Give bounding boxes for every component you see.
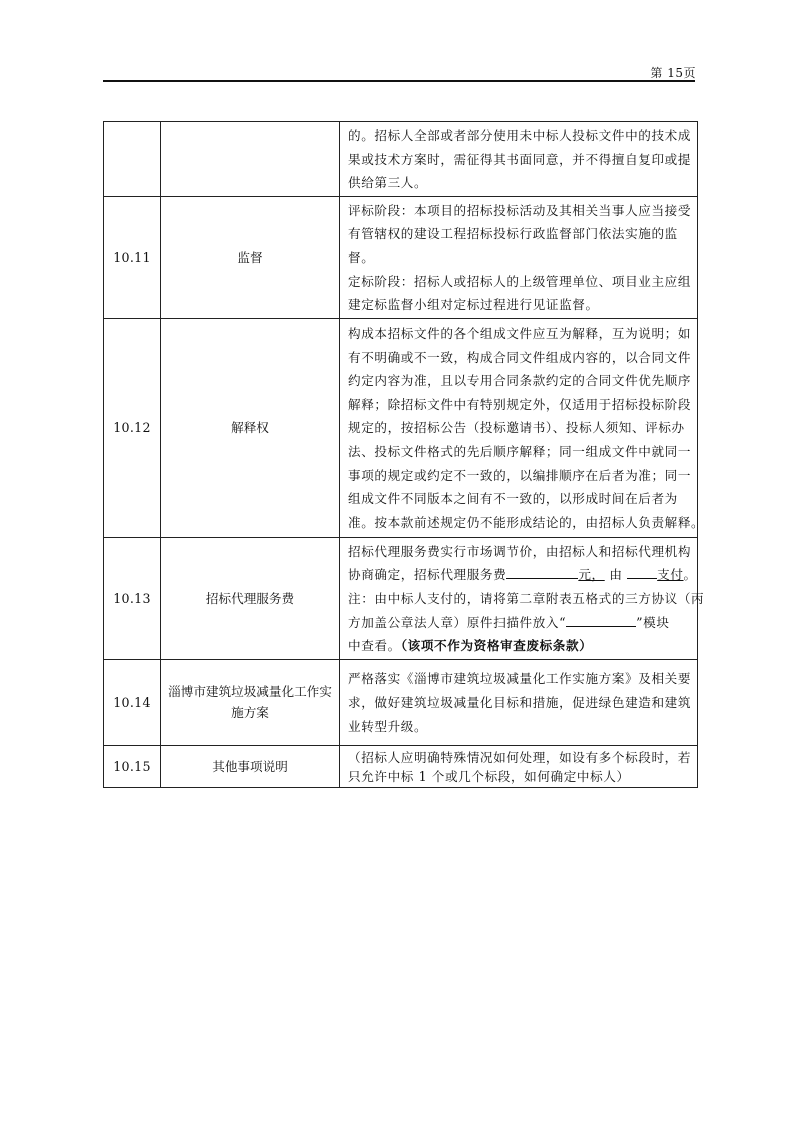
content-line: 果或技术方案时，需征得其书面同意，并不得擅自复印或提	[348, 148, 691, 172]
content-line: 严格落实《淄博市建筑垃圾减量化工作实施方案》及相关要	[348, 667, 691, 691]
table-row: 10.15 其他事项说明 （招标人应明确特殊情况如何处理，如设有多个标段时，若 …	[104, 745, 698, 787]
content-line: 法、投标文件格式的先后顺序解释；同一组成文件中就同一	[348, 440, 691, 464]
upload-text: 方加盖公章法人章）原件扫描件放入“	[348, 615, 566, 630]
note-bold: （该项不作为资格审查废标条款）	[401, 638, 593, 653]
clause-number	[104, 122, 161, 197]
table-row: 的。招标人全部或者部分使用未中标人投标文件中的技术成 果或技术方案时，需征得其书…	[104, 122, 698, 197]
clause-content: 的。招标人全部或者部分使用未中标人投标文件中的技术成 果或技术方案时，需征得其书…	[340, 122, 698, 197]
clause-number: 10.13	[104, 537, 161, 659]
clause-item: 解释权	[161, 318, 340, 537]
table-row: 10.14 淄博市建筑垃圾减量化工作实施方案 严格落实《淄博市建筑垃圾减量化工作…	[104, 659, 698, 745]
period: 。	[684, 567, 697, 582]
view-text: 中查看。	[348, 638, 401, 653]
module-name-blank[interactable]	[566, 612, 636, 627]
content-line: 建定标监督小组对定标过程进行见证监督。	[348, 293, 691, 317]
content-line: 只允许中标 1 个或几个标段，如何确定中标人）	[348, 767, 691, 786]
clause-item	[161, 122, 340, 197]
clause-number: 10.12	[104, 318, 161, 537]
content-line: 有管辖权的建设工程招标投标行政监督部门依法实施的监	[348, 222, 691, 246]
content-line: 督。	[348, 246, 691, 270]
clause-content: （招标人应明确特殊情况如何处理，如设有多个标段时，若 只允许中标 1 个或几个标…	[340, 745, 698, 787]
clause-content: 招标代理服务费实行市场调节价，由招标人和招标代理机构 协商确定，招标代理服务费元…	[340, 537, 698, 659]
fee-unit: 元，	[578, 567, 604, 582]
content-line: 组成文件不同版本之间有不一致的，以形成时间在后者为	[348, 487, 691, 511]
table-row: 10.11 监督 评标阶段：本项目的招标投标活动及其相关当事人应当接受 有管辖权…	[104, 196, 698, 318]
fee-amount-blank[interactable]	[506, 564, 578, 579]
clause-item: 监督	[161, 196, 340, 318]
content-line: 规定的，按招标公告（投标邀请书）、投标人须知、评标办	[348, 416, 691, 440]
clause-content: 构成本招标文件的各个组成文件应互为解释，互为说明；如 有不明确或不一致，构成合同…	[340, 318, 698, 537]
content-line: 方加盖公章法人章）原件扫描件放入“”模块	[348, 611, 691, 635]
content-line: 招标代理服务费实行市场调节价，由招标人和招标代理机构	[348, 540, 691, 564]
pay-label: 支付	[657, 567, 683, 582]
content-line: （招标人应明确特殊情况如何处理，如设有多个标段时，若	[348, 748, 691, 767]
payer-blank[interactable]	[627, 564, 657, 579]
clause-table: 的。招标人全部或者部分使用未中标人投标文件中的技术成 果或技术方案时，需征得其书…	[103, 121, 698, 788]
content-line: 评标阶段：本项目的招标投标活动及其相关当事人应当接受	[348, 199, 691, 223]
clause-item: 淄博市建筑垃圾减量化工作实施方案	[161, 659, 340, 745]
page-number: 第 15页	[650, 64, 696, 81]
content-line: 约定内容为准，且以专用合同条款约定的合同文件优先顺序	[348, 369, 691, 393]
content-line: 中查看。（该项不作为资格审查废标条款）	[348, 634, 691, 658]
clause-item: 其他事项说明	[161, 745, 340, 787]
clause-content: 评标阶段：本项目的招标投标活动及其相关当事人应当接受 有管辖权的建设工程招标投标…	[340, 196, 698, 318]
module-text: ”模块	[636, 615, 669, 630]
clause-item: 招标代理服务费	[161, 537, 340, 659]
content-line: 事项的规定或约定不一致的，以编排顺序在后者为准；同一	[348, 464, 691, 488]
content-line: 供给第三人。	[348, 171, 691, 195]
content-line: 构成本招标文件的各个组成文件应互为解释，互为说明；如	[348, 322, 691, 346]
content-line: 的。招标人全部或者部分使用未中标人投标文件中的技术成	[348, 124, 691, 148]
table-row: 10.12 解释权 构成本招标文件的各个组成文件应互为解释，互为说明；如 有不明…	[104, 318, 698, 537]
table-row: 10.13 招标代理服务费 招标代理服务费实行市场调节价，由招标人和招标代理机构…	[104, 537, 698, 659]
clause-number: 10.11	[104, 196, 161, 318]
payer-label: 由	[609, 567, 622, 582]
fee-text: 协商确定，招标代理服务费	[348, 567, 506, 582]
clause-number: 10.15	[104, 745, 161, 787]
content-line: 有不明确或不一致，构成合同文件组成内容的，以合同文件	[348, 346, 691, 370]
content-line: 解释；除招标文件中有特别规定外，仅适用于招标投标阶段	[348, 393, 691, 417]
content-line: 协商确定，招标代理服务费元， 由 支付。	[348, 563, 691, 587]
clause-content: 严格落实《淄博市建筑垃圾减量化工作实施方案》及相关要 求，做好建筑垃圾减量化目标…	[340, 659, 698, 745]
content-line: 业转型升级。	[348, 715, 691, 739]
clause-number: 10.14	[104, 659, 161, 745]
content-line: 准。按本款前述规定仍不能形成结论的，由招标人负责解释。	[348, 511, 691, 535]
content-line: 求，做好建筑垃圾减量化目标和措施，促进绿色建造和建筑	[348, 691, 691, 715]
content-line: 定标阶段：招标人或招标人的上级管理单位、项目业主应组	[348, 270, 691, 294]
header-rule	[103, 80, 695, 82]
content-line: 注：由中标人支付的，请将第二章附表五格式的三方协议（丙	[348, 587, 691, 611]
